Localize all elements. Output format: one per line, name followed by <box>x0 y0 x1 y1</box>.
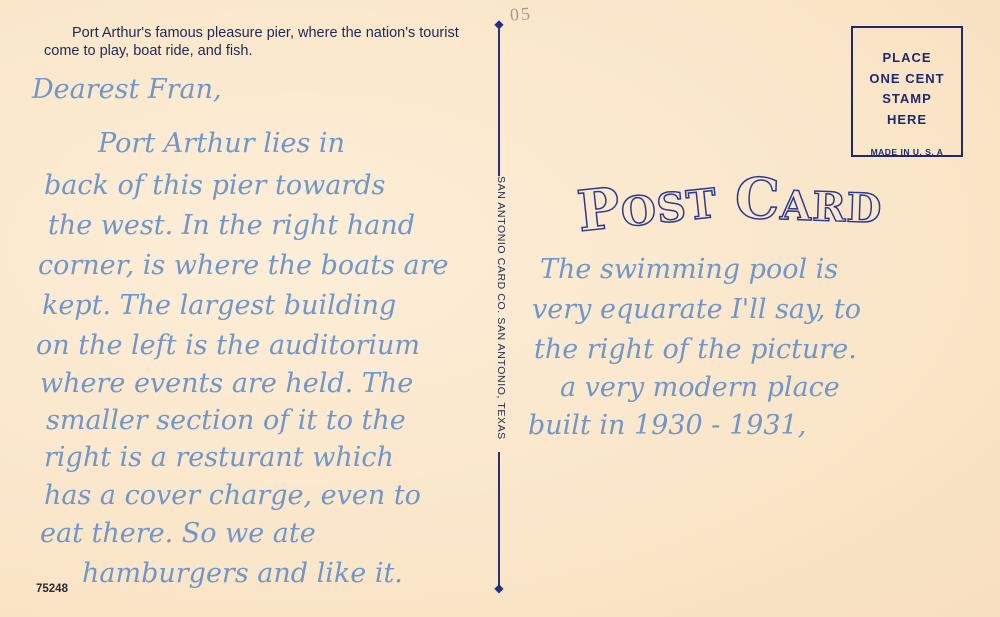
stamp-box: PLACE ONE CENT STAMP HERE MADE IN U. S. … <box>851 26 963 157</box>
message-line: back of this pier towards <box>44 170 385 201</box>
stamp-line: PLACE <box>853 48 961 69</box>
postcard-back: Port Arthur's famous pleasure pier, wher… <box>0 0 1000 617</box>
stamp-line: ONE CENT <box>853 69 961 90</box>
message-line: smaller section of it to the <box>46 405 406 436</box>
stamp-line: STAMP <box>853 89 961 110</box>
message-line: The swimming pool is <box>540 254 838 285</box>
made-in-label: MADE IN U. S. A <box>853 147 961 157</box>
message-line: the right of the picture. <box>534 334 857 365</box>
message-line: on the left is the auditorium <box>36 330 420 361</box>
pencil-annotation: 05 <box>509 3 532 25</box>
divider-line-bottom <box>498 452 500 589</box>
title-word-card: CARD <box>734 165 884 236</box>
arrow-down-icon: ◆ <box>494 582 504 594</box>
card-number: 75248 <box>36 583 68 595</box>
message-line: the west. In the right hand <box>48 210 415 241</box>
message-line: very equarate I'll say, to <box>532 294 861 325</box>
post-card-title: POSTCARD <box>577 168 882 234</box>
message-line: has a cover charge, even to <box>44 480 421 511</box>
message-line: where events are held. The <box>40 368 413 399</box>
message-line: built in 1930 - 1931, <box>528 410 806 441</box>
title-word-post: POST <box>574 165 720 245</box>
message-line: right is a resturant which <box>44 442 394 473</box>
message-line: a very modern place <box>560 372 840 403</box>
divider-line-top <box>498 24 500 176</box>
stamp-line: HERE <box>853 110 961 131</box>
message-line: hamburgers and like it. <box>82 558 403 589</box>
message-line: eat there. So we ate <box>40 518 316 549</box>
message-line: Dearest Fran, <box>32 74 222 105</box>
front-caption: Port Arthur's famous pleasure pier, wher… <box>44 24 484 60</box>
message-line: corner, is where the boats are <box>38 250 448 281</box>
message-line: kept. The largest building <box>42 290 396 321</box>
message-line: Port Arthur lies in <box>98 128 345 159</box>
publisher-imprint: SAN ANTONIO CARD CO. SAN ANTONIO, TEXAS <box>491 176 507 446</box>
